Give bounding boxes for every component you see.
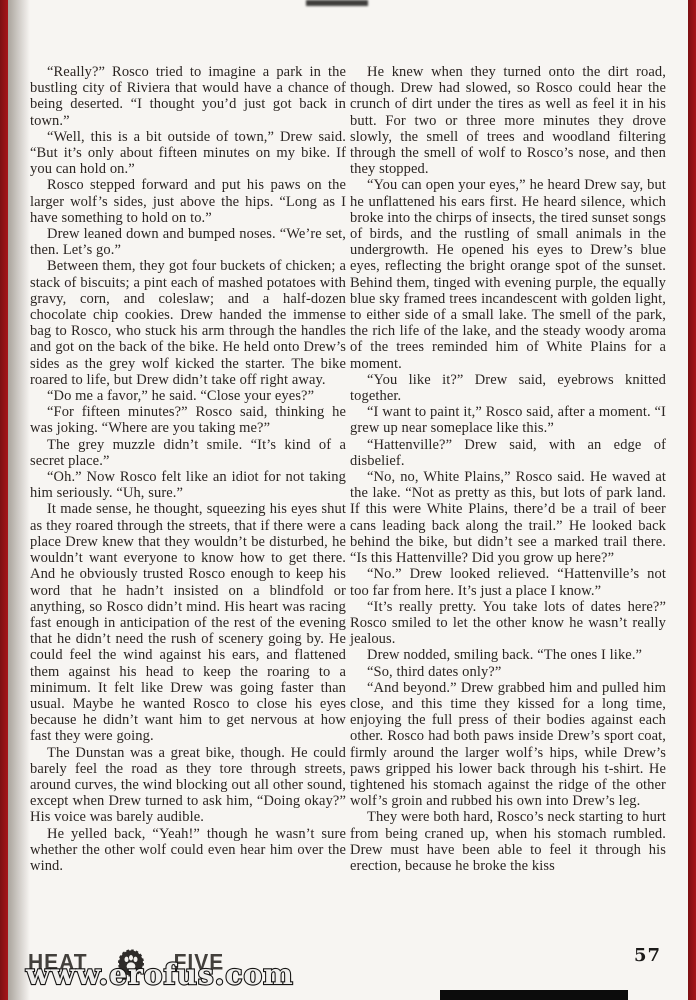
paragraph: Drew nodded, smiling back. “The ones I l… <box>350 647 666 663</box>
paragraph: They were both hard, Rosco’s neck starti… <box>350 809 666 874</box>
paragraph: “Do me a favor,” he said. “Close your ey… <box>30 388 346 404</box>
text-column-right: He knew when they turned onto the dirt r… <box>350 64 666 874</box>
text-column-left: “Really?” Rosco tried to imagine a park … <box>30 64 346 874</box>
paragraph: Drew leaned down and bumped noses. “We’r… <box>30 226 346 258</box>
watermark: www.erofus.com <box>22 954 492 996</box>
watermark-text: www.erofus.com <box>25 958 294 991</box>
paragraph: “No.” Drew looked relieved. “Hattenville… <box>350 566 666 598</box>
page-edge-red-right <box>688 0 696 1000</box>
paragraph: “You like it?” Drew said, eyebrows knitt… <box>350 372 666 404</box>
spine-shadow <box>8 0 30 1000</box>
paragraph: It made sense, he thought, squeezing his… <box>30 501 346 744</box>
paragraph: He knew when they turned onto the dirt r… <box>350 64 666 177</box>
paragraph: “Oh.” Now Rosco felt like an idiot for n… <box>30 469 346 501</box>
book-page: “Really?” Rosco tried to imagine a park … <box>0 0 696 1000</box>
paragraph: “So, third dates only?” <box>350 664 666 680</box>
paragraph: “No, no, White Plains,” Rosco said. He w… <box>350 469 666 566</box>
paragraph: “I want to paint it,” Rosco said, after … <box>350 404 666 436</box>
paragraph: The grey muzzle didn’t smile. “It’s kind… <box>30 437 346 469</box>
paragraph: “And beyond.” Drew grabbed him and pulle… <box>350 680 666 810</box>
page-number: 57 <box>634 945 661 966</box>
paragraph: “You can open your eyes,” he heard Drew … <box>350 177 666 371</box>
paragraph: “For fifteen minutes?” Rosco said, think… <box>30 404 346 436</box>
paragraph: Between them, they got four buckets of c… <box>30 258 346 388</box>
page-edge-red-left <box>0 0 8 1000</box>
paragraph: Rosco stepped forward and put his paws o… <box>30 177 346 226</box>
scan-artifact-top <box>306 0 368 6</box>
paragraph: He yelled back, “Yeah!” though he wasn’t… <box>30 826 346 875</box>
paragraph: “Well, this is a bit outside of town,” D… <box>30 129 346 178</box>
paragraph: The Dunstan was a great bike, though. He… <box>30 745 346 826</box>
paragraph: “It’s really pretty. You take lots of da… <box>350 599 666 648</box>
paragraph: “Really?” Rosco tried to imagine a park … <box>30 64 346 129</box>
paragraph: “Hattenville?” Drew said, with an edge o… <box>350 437 666 469</box>
